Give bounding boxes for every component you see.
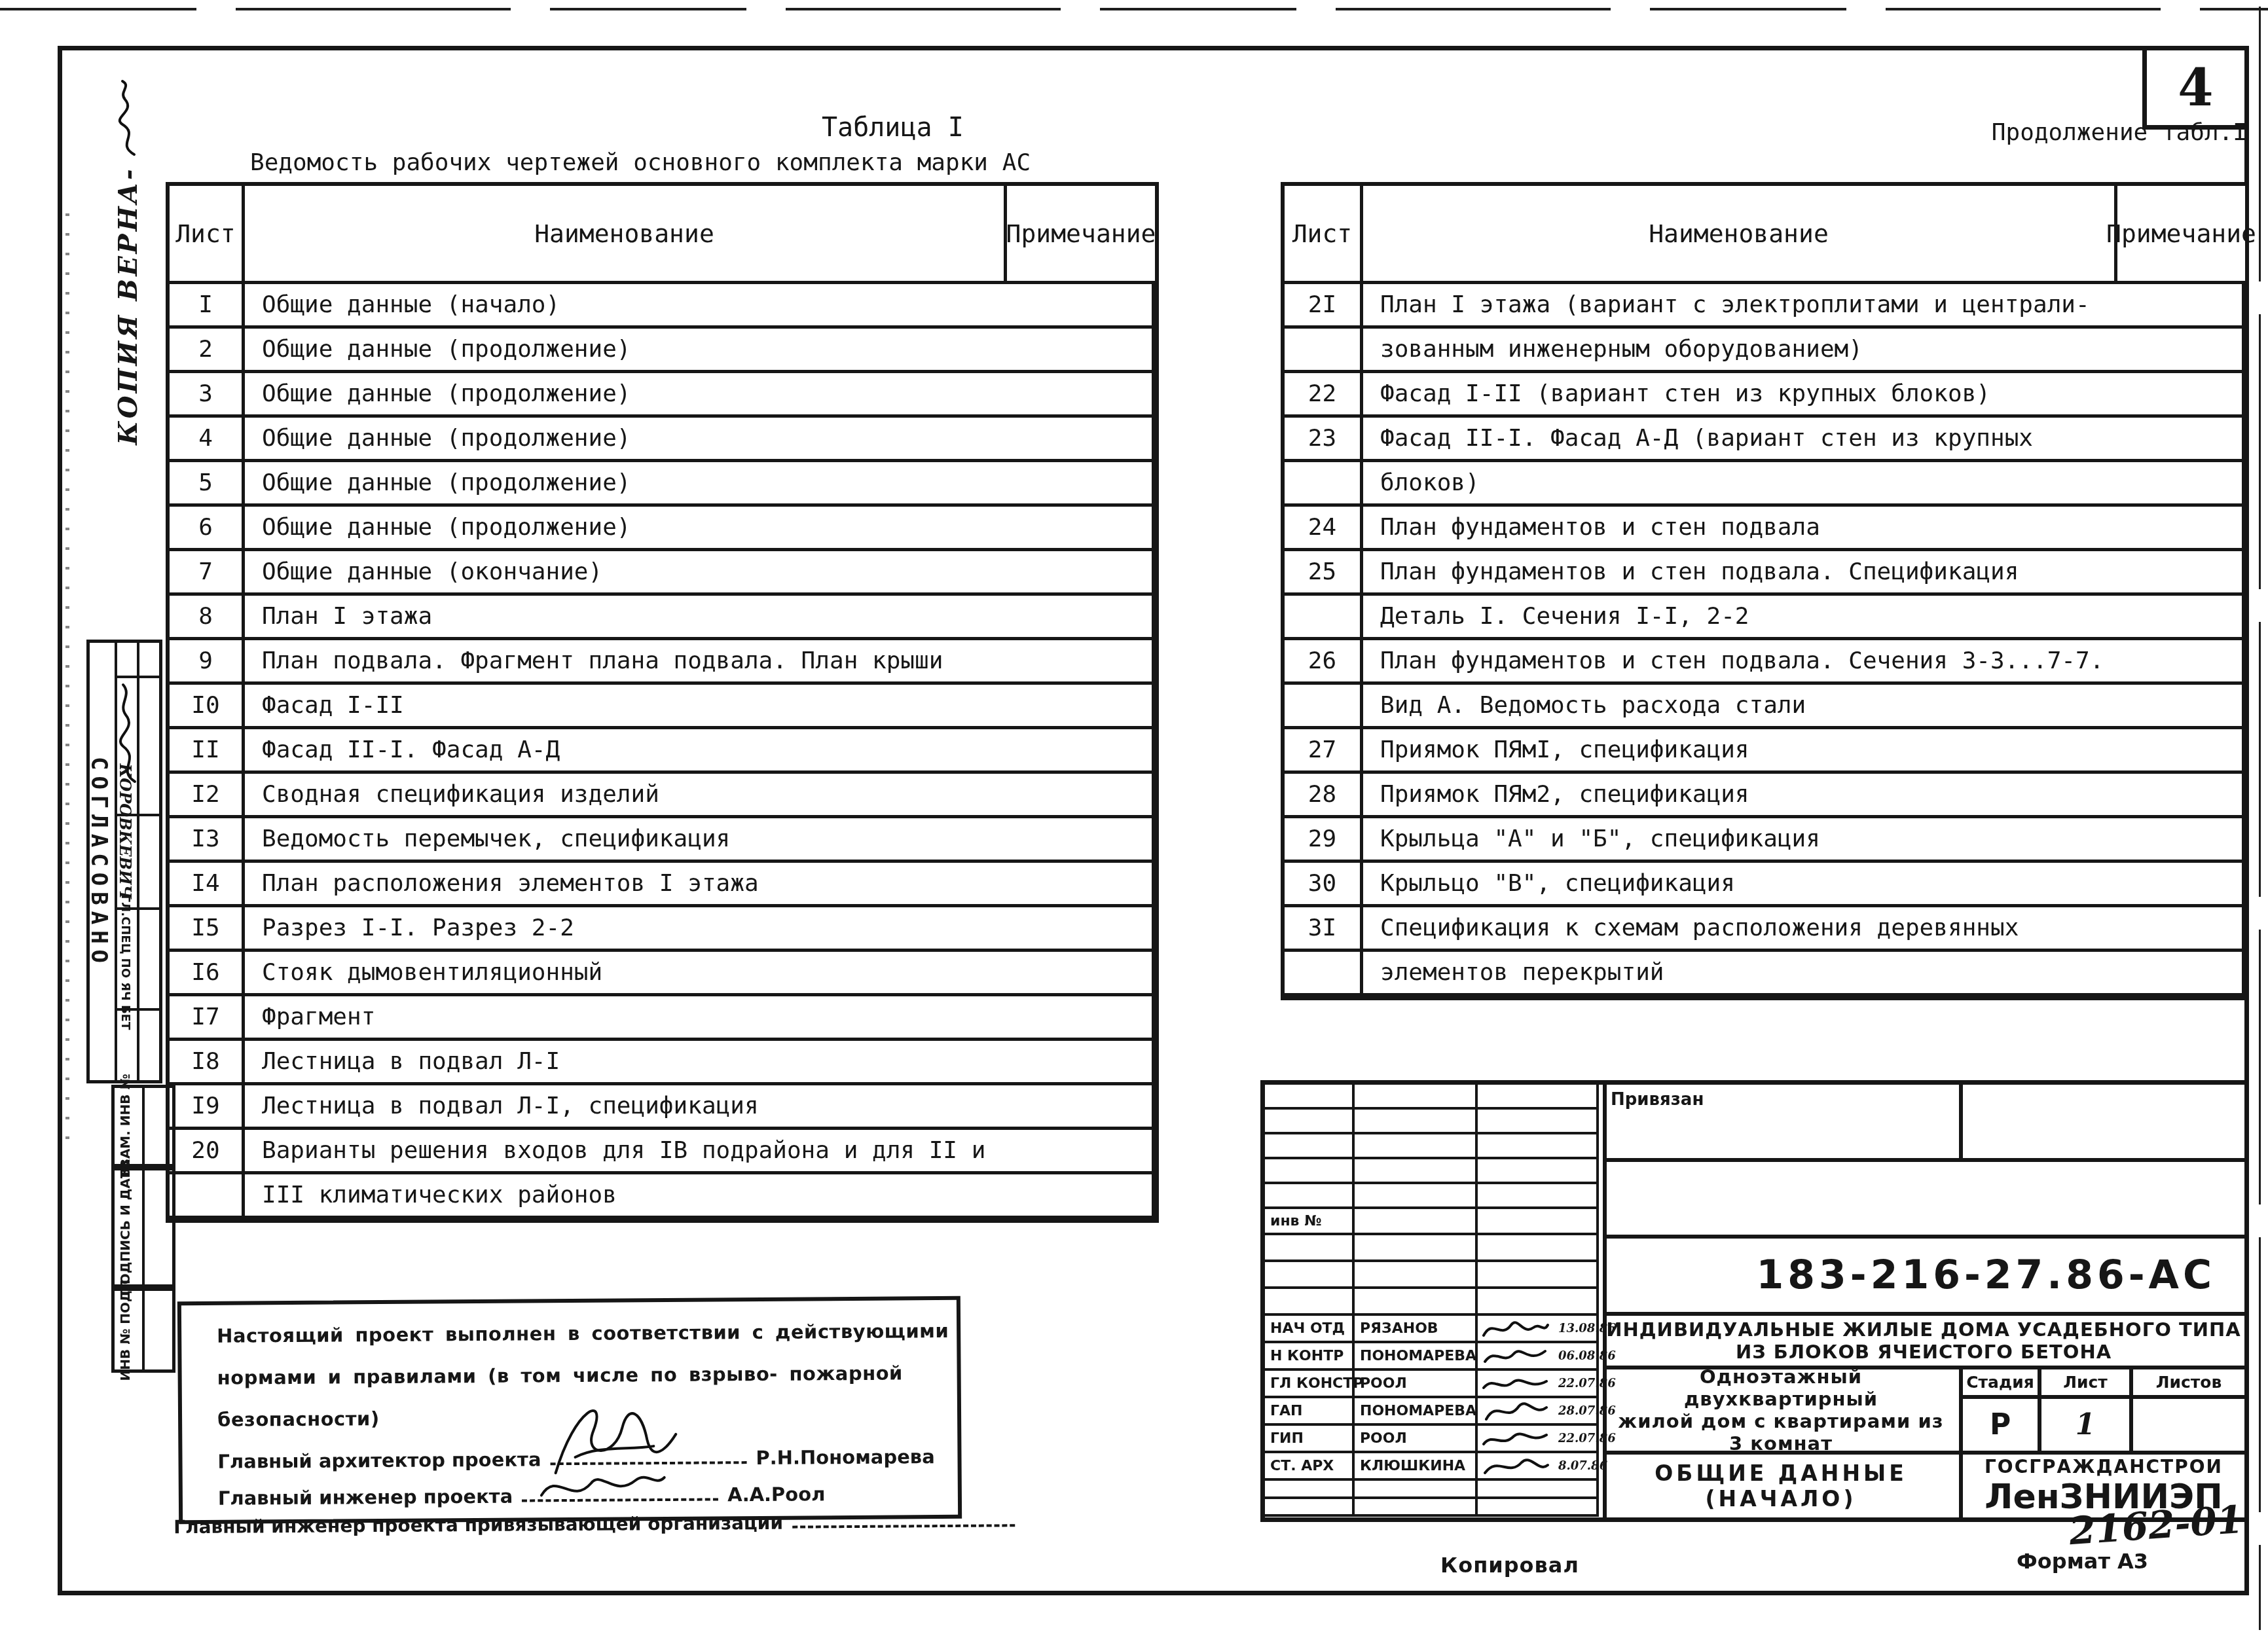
copy-correct-text: КОПИЯ ВЕРНА-	[113, 166, 143, 444]
tb-name-cell	[1355, 1110, 1478, 1134]
table-row-name: элементов перекрытий	[1363, 952, 2117, 996]
tb-role-cell	[1265, 1481, 1355, 1499]
edge-label-podpis-data: ПОДПИСЬ И ДАТА	[117, 1169, 133, 1286]
table-row-sheet-number: I2	[170, 774, 245, 818]
tb-role-cell: НАЧ ОТД	[1265, 1316, 1355, 1343]
table-row-sheet-number: I8	[170, 1041, 245, 1085]
signature-icon	[1481, 1372, 1550, 1397]
tb-date-cell	[1553, 1481, 1599, 1499]
signature-icon	[1481, 1400, 1550, 1424]
table-row-note	[1007, 507, 1155, 551]
tb-role-cell: ГИП	[1265, 1426, 1355, 1453]
table-row-name: Общие данные (начало)	[245, 284, 1007, 329]
chief-architect-name: Р.Н.Пономарева	[756, 1445, 935, 1469]
tb-name-cell	[1355, 1209, 1478, 1235]
table-row-note	[1007, 1130, 1155, 1174]
table-row-sheet-number: 28	[1285, 774, 1363, 818]
table-row-name: Лестница в подвал Л-I	[245, 1041, 1007, 1085]
edge-label-vzam-inv: ВЗАМ. ИНВ №	[117, 1083, 133, 1169]
table-row-note	[1007, 907, 1155, 952]
series-title-line1: ИНДИВИДУАЛЬНЫЕ ЖИЛЫЕ ДОМА УСАДЕБНОГО ТИП…	[1606, 1318, 2241, 1341]
table-row-sheet-number	[1285, 462, 1363, 507]
table-row-name: Фасад II-I. Фасад А-Д	[245, 729, 1007, 774]
document-code: 183-216-27.86-АС	[1757, 1252, 2216, 1298]
edge-label-inv-podl: ИНВ № ПОДЛ	[117, 1288, 133, 1372]
table-row-sheet-number: 20	[170, 1130, 245, 1174]
table-row-name: План фундаментов и стен подвала	[1363, 507, 2117, 551]
table-row-note	[2117, 640, 2245, 685]
table-row-sheet-number: 8	[170, 596, 245, 640]
table-row-name: Общие данные (продолжение)	[245, 507, 1007, 551]
tb-name-cell	[1355, 1134, 1478, 1159]
approved-label: СОГЛАСОВАНО	[84, 660, 113, 1066]
table-row-note	[2117, 551, 2245, 596]
table-row-sheet-number: 24	[1285, 507, 1363, 551]
tb-name-cell	[1355, 1499, 1478, 1517]
tb-date-cell	[1553, 1085, 1599, 1110]
edge-box-divider	[142, 1170, 145, 1284]
table-row-name: Вид А. Ведомость расхода стали	[1363, 685, 2117, 729]
series-title-cell: ИНДИВИДУАЛЬНЫЕ ЖИЛЫЕ ДОМА УСАДЕБНОГО ТИП…	[1603, 1316, 2244, 1369]
table-row-name: План I этажа	[245, 596, 1007, 640]
table-row-name: План I этажа (вариант с электроплитами и…	[1363, 284, 2117, 329]
tb-name-cell	[1355, 1235, 1478, 1262]
table-row-name: Фрагмент	[245, 996, 1007, 1041]
tb-name-cell: РООЛ	[1355, 1426, 1478, 1453]
paper-edge-line	[0, 8, 2268, 10]
tb-date-cell	[1553, 1134, 1599, 1159]
table-row-sheet-number: 30	[1285, 863, 1363, 907]
table-row-note	[1007, 1174, 1155, 1219]
tb-role-cell	[1265, 1262, 1355, 1289]
tb-role-cell: инв №	[1265, 1209, 1355, 1235]
tb-name-cell: КЛЮШКИНА	[1355, 1453, 1478, 1481]
tb-date-cell: 28.07.86	[1553, 1398, 1599, 1426]
table-row-sheet-number: 22	[1285, 373, 1363, 418]
table-row-name: Ведомость перемычек, спецификация	[245, 818, 1007, 863]
table-row-note	[1007, 551, 1155, 596]
tb-role-cell	[1265, 1110, 1355, 1134]
tb-date-cell	[1553, 1159, 1599, 1184]
table-row-sheet-number: 3	[170, 373, 245, 418]
tb-role-cell: ГАП	[1265, 1398, 1355, 1426]
title-block: инв № НАЧ ОТД РЯЗАНОВ	[1260, 1080, 2249, 1522]
table-row-sheet-number: 27	[1285, 729, 1363, 774]
tb-role-cell	[1265, 1159, 1355, 1184]
table-row-note	[2117, 462, 2245, 507]
table-row-name: Спецификация к схемам расположения дерев…	[1363, 907, 2117, 952]
tb-date-cell	[1553, 1184, 1599, 1209]
chief-engineer-role: Главный инженер проекта	[218, 1485, 513, 1510]
sheet-title-cell: ОБЩИЕ ДАННЫЕ (НАЧАЛО)	[1603, 1455, 1963, 1517]
copy-correct-signature-icon	[113, 79, 142, 157]
table-row-sheet-number: 4	[170, 418, 245, 462]
tb-name-cell	[1355, 1289, 1478, 1316]
tb-role-cell	[1265, 1235, 1355, 1262]
table-row-sheet-number: 2I	[1285, 284, 1363, 329]
table-row-name: Фасад I-II (вариант стен из крупных блок…	[1363, 373, 2117, 418]
column-header-note: Примечание	[1007, 186, 1155, 284]
organization-line1: ГОСГРАЖДАНСТРОИ	[1985, 1456, 2223, 1477]
table-row-sheet-number: 2	[170, 329, 245, 373]
table-row-name: Разрез I-I. Разрез 2-2	[245, 907, 1007, 952]
tb-signature-cell	[1478, 1159, 1553, 1184]
note-line-1: Настоящий проект выполнен в соответствии…	[217, 1320, 937, 1347]
table-row-sheet-number: 26	[1285, 640, 1363, 685]
sheets-header-cell: Листов	[2133, 1369, 2244, 1399]
tb-role-cell	[1265, 1134, 1355, 1159]
engineer-signature-icon	[536, 1466, 667, 1508]
column-header-note: Примечание	[2117, 186, 2245, 284]
drawing-index-table-2: Лист Наименование Примечание 2I План I э…	[1281, 182, 2249, 1000]
table-row-name: Приямок ПЯм2, спецификация	[1363, 774, 2117, 818]
table-row-note	[2117, 507, 2245, 551]
tb-name-cell	[1355, 1481, 1478, 1499]
table-row-sheet-number: 23	[1285, 418, 1363, 462]
table-row-name: Общие данные (продолжение)	[245, 329, 1007, 373]
sheet-value-cell: 1	[2041, 1399, 2133, 1455]
table-row-name: План фундаментов и стен подвала. Сечения…	[1363, 640, 2117, 685]
tb-name-cell	[1355, 1262, 1478, 1289]
table-row-note	[2117, 774, 2245, 818]
table-row-sheet-number: II	[170, 729, 245, 774]
object-name-line1: Одноэтажный двухквартирный	[1603, 1366, 1959, 1410]
table-row-sheet-number: 25	[1285, 551, 1363, 596]
tb-date-cell: 13.08.86	[1553, 1316, 1599, 1343]
table-row-sheet-number: I	[170, 284, 245, 329]
tb-signature-cell	[1478, 1289, 1553, 1316]
column-header-sheet: Лист	[1285, 186, 1363, 284]
table1-caption: Таблица I	[822, 113, 964, 143]
table-row-note	[2117, 418, 2245, 462]
table-row-name: блоков)	[1363, 462, 2117, 507]
page-number-box: 4	[2142, 46, 2249, 130]
table-row-name: зованным инженерным оборудованием)	[1363, 329, 2117, 373]
copied-by-label: Копировал	[1440, 1553, 1579, 1578]
tb-role-cell	[1265, 1499, 1355, 1517]
tb-signature-cell	[1478, 1085, 1553, 1110]
table-row-note	[2117, 729, 2245, 774]
table-row-sheet-number	[1285, 329, 1363, 373]
approver-role: ГЛ.СПЕЦ ПО ЯЧ БЕТ	[119, 877, 133, 1047]
chief-architect-role: Главный архитектор проекта	[217, 1448, 541, 1472]
table-row-note	[2117, 373, 2245, 418]
table-row-note	[2117, 329, 2245, 373]
table-row-note	[1007, 373, 1155, 418]
table-row-name: Крыльца "А" и "Б", спецификация	[1363, 818, 2117, 863]
scanned-drawing-sheet: 4 Таблица I Ведомость рабочих чертежей о…	[0, 0, 2268, 1649]
privyazan-label: Привязан	[1611, 1090, 1704, 1158]
tb-signature-cell	[1478, 1262, 1553, 1289]
tb-role-cell: ГЛ КОНСТР	[1265, 1371, 1355, 1398]
table-row-name: Лестница в подвал Л-I, спецификация	[245, 1085, 1007, 1130]
table-row-sheet-number	[170, 1174, 245, 1219]
table-row-name: План подвала. Фрагмент плана подвала. Пл…	[245, 640, 1007, 685]
tb-signature-cell	[1478, 1235, 1553, 1262]
table-row-sheet-number: I9	[170, 1085, 245, 1130]
empty-cell-top-right	[1963, 1085, 2244, 1162]
sheet-title-line2: (НАЧАЛО)	[1706, 1486, 1857, 1512]
table-row-name: Общие данные (продолжение)	[245, 462, 1007, 507]
signature-icon	[1481, 1345, 1550, 1369]
edge-box-divider	[142, 1291, 145, 1369]
table-row-note	[2117, 685, 2245, 729]
table-row-sheet-number	[1285, 952, 1363, 996]
column-header-sheet: Лист	[170, 186, 245, 284]
tb-name-cell	[1355, 1184, 1478, 1209]
adapting-org-engineer-role: Главный инженер проекта привязывающей ор…	[174, 1512, 783, 1538]
table-row-name: Фасад I-II	[245, 685, 1007, 729]
stage-header-cell: Стадия	[1963, 1369, 2041, 1399]
column-header-name: Наименование	[245, 186, 1007, 284]
table2-caption: Продолжение табл.I	[1951, 119, 2247, 146]
tb-signature-cell	[1478, 1499, 1553, 1517]
tb-signature-cell	[1478, 1110, 1553, 1134]
table-row-sheet-number: 3I	[1285, 907, 1363, 952]
chief-engineer-name: А.А.Роол	[727, 1483, 825, 1506]
tb-role-cell	[1265, 1085, 1355, 1110]
series-title-line2: ИЗ БЛОКОВ ЯЧЕИСТОГО БЕТОНА	[1736, 1341, 2112, 1363]
table-row-name: План расположения элементов I этажа	[245, 863, 1007, 907]
table-row-name: Общие данные (продолжение)	[245, 373, 1007, 418]
table-row-sheet-number: I3	[170, 818, 245, 863]
table-row-sheet-number	[1285, 596, 1363, 640]
approver-signature	[115, 678, 141, 789]
table-row-name: Приямок ПЯмI, спецификация	[1363, 729, 2117, 774]
table-row-note	[1007, 640, 1155, 685]
tb-name-cell: ПОНОМАРЕВА	[1355, 1398, 1478, 1426]
table-row-note	[2117, 863, 2245, 907]
table-row-note	[1007, 596, 1155, 640]
table-row-note	[2117, 907, 2245, 952]
tb-signature-cell	[1478, 1184, 1553, 1209]
table-row-sheet-number: 5	[170, 462, 245, 507]
tb-name-cell: РООЛ	[1355, 1371, 1478, 1398]
object-name-cell: Одноэтажный двухквартирный жилой дом с к…	[1603, 1369, 1963, 1455]
table-row-note	[1007, 818, 1155, 863]
signature-icon	[1481, 1317, 1550, 1342]
table-row-name: Фасад II-I. Фасад А-Д (вариант стен из к…	[1363, 418, 2117, 462]
table-row-note	[1007, 729, 1155, 774]
drawing-index-table-1: Лист Наименование Примечание I Общие дан…	[166, 182, 1159, 1223]
table-row-name: План фундаментов и стен подвала. Специфи…	[1363, 551, 2117, 596]
page-number: 4	[2178, 58, 2213, 118]
table-row-note	[1007, 685, 1155, 729]
table-row-note	[2117, 818, 2245, 863]
object-name-line2: жилой дом с квартирами из	[1618, 1410, 1943, 1432]
tb-date-cell	[1553, 1209, 1599, 1235]
tb-date-cell	[1553, 1499, 1599, 1517]
tb-role-cell: СТ. АРХ	[1265, 1453, 1355, 1481]
table-row-note	[1007, 329, 1155, 373]
table-row-note	[1007, 863, 1155, 907]
copy-correct-stamp: КОПИЯ ВЕРНА-	[111, 79, 144, 445]
table-row-note	[1007, 1085, 1155, 1130]
table-row-sheet-number: I7	[170, 996, 245, 1041]
table-row-note	[2117, 284, 2245, 329]
table-row-note	[2117, 952, 2245, 996]
tb-date-cell: 22.07.86	[1553, 1371, 1599, 1398]
tb-signature-cell	[1478, 1134, 1553, 1159]
table-row-note	[1007, 1041, 1155, 1085]
tb-date-cell	[1553, 1235, 1599, 1262]
table-row-name: Общие данные (продолжение)	[245, 418, 1007, 462]
table-row-sheet-number: 9	[170, 640, 245, 685]
tb-name-cell: РЯЗАНОВ	[1355, 1316, 1478, 1343]
table-row-sheet-number	[1285, 685, 1363, 729]
object-name-line3: 3 комнат	[1729, 1432, 1833, 1455]
title-block-signature-grid: инв № НАЧ ОТД РЯЗАНОВ	[1265, 1085, 1607, 1517]
tb-date-cell: 22.07.86	[1553, 1426, 1599, 1453]
table-row-name: III климатических районов	[245, 1174, 1007, 1219]
tb-name-cell	[1355, 1085, 1478, 1110]
tb-name-cell: ПОНОМАРЕВА	[1355, 1343, 1478, 1371]
table-row-name: Варианты решения входов для IВ подрайона…	[245, 1130, 1007, 1174]
table-row-note	[1007, 418, 1155, 462]
compliance-note-block: Настоящий проект выполнен в соответствии…	[177, 1296, 962, 1524]
table-row-note	[1007, 774, 1155, 818]
tb-date-cell: 8.07.86	[1553, 1453, 1599, 1481]
table-row-name: Общие данные (окончание)	[245, 551, 1007, 596]
sheet-header-cell: Лист	[2041, 1369, 2133, 1399]
table-row-sheet-number: 7	[170, 551, 245, 596]
note-line-2: нормами и правилами (в том числе по взры…	[217, 1362, 938, 1389]
table-row-sheet-number: I4	[170, 863, 245, 907]
tb-role-cell: Н КОНТР	[1265, 1343, 1355, 1371]
tb-signature-cell	[1478, 1209, 1553, 1235]
table-row-note	[1007, 462, 1155, 507]
table-row-sheet-number: 29	[1285, 818, 1363, 863]
tb-date-cell: 06.08.86	[1553, 1343, 1599, 1371]
tb-date-cell	[1553, 1110, 1599, 1134]
sheets-value-cell	[2133, 1399, 2244, 1455]
paper-edge-line-right	[2259, 7, 2261, 1630]
stage-value-cell: Р	[1963, 1399, 2041, 1455]
table-row-note	[1007, 996, 1155, 1041]
tb-signature-cell	[1478, 1481, 1553, 1499]
table-row-note	[1007, 284, 1155, 329]
table-row-name: Стояк дымовентиляционный	[245, 952, 1007, 996]
tb-date-cell	[1553, 1289, 1599, 1316]
tb-role-cell	[1265, 1184, 1355, 1209]
tb-date-cell	[1553, 1262, 1599, 1289]
edge-box-divider	[142, 1088, 145, 1164]
table-row-sheet-number: I5	[170, 907, 245, 952]
privyazan-cell: Привязан	[1603, 1085, 1963, 1162]
tb-role-cell	[1265, 1289, 1355, 1316]
sheet-title-line1: ОБЩИЕ ДАННЫЕ	[1655, 1460, 1907, 1486]
table-row-name: Деталь I. Сечения I-I, 2-2	[1363, 596, 2117, 640]
table-row-note	[1007, 952, 1155, 996]
document-code-cell: 183-216-27.86-АС	[1603, 1239, 2244, 1316]
table-row-name: Крыльцо "В", спецификация	[1363, 863, 2117, 907]
signature-icon	[1481, 1455, 1550, 1479]
table-row-name: Сводная спецификация изделий	[245, 774, 1007, 818]
tb-name-cell	[1355, 1159, 1478, 1184]
column-header-name: Наименование	[1363, 186, 2117, 284]
approver-signature-icon	[115, 681, 141, 786]
table-row-note	[2117, 596, 2245, 640]
table-row-sheet-number: I0	[170, 685, 245, 729]
table-row-sheet-number: 6	[170, 507, 245, 551]
table-row-sheet-number: I6	[170, 952, 245, 996]
empty-strip-cell	[1603, 1162, 2244, 1239]
signature-icon	[1481, 1427, 1550, 1452]
signature-leader	[792, 1524, 1015, 1528]
table1-subtitle: Ведомость рабочих чертежей основного ком…	[250, 149, 1031, 176]
